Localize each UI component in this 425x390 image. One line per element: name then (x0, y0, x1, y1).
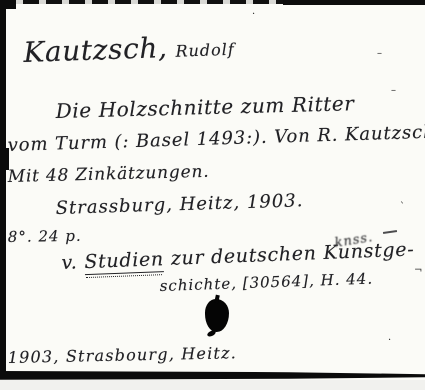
scan-left-edge-notch (0, 0, 16, 9)
author-heading: Kautzsch,Rudolf (23, 29, 235, 69)
index-card: Kautzsch,Rudolf Die Holzschnitte zum Rit… (0, 0, 425, 380)
pencil-dash-mark (383, 230, 397, 234)
title-line-1: Die Holzschnitte zum Ritter (55, 91, 354, 123)
title-line-2: vom Turm (: Basel 1493:). Von R. Kautzsc… (7, 121, 425, 156)
scan-speck: ` (400, 203, 405, 213)
scan-speck: · (388, 336, 391, 346)
catalog-card-scan: Kautzsch,Rudolf Die Holzschnitte zum Rit… (0, 0, 425, 390)
author-forename: Rudolf (175, 40, 235, 61)
author-surname: Kautzsch, (23, 31, 168, 69)
scan-speck: – (391, 86, 396, 96)
scan-speck: · (252, 10, 255, 20)
imprint-line: Strassburg, Heitz, 1903. (55, 190, 303, 219)
scan-speck: ¬ (414, 266, 422, 276)
scan-left-edge-notch (0, 148, 9, 170)
illustrations-note: Mit 48 Zinkätzungen. (7, 162, 209, 187)
scan-top-edge-solid (283, 0, 425, 5)
scan-left-edge (0, 0, 6, 375)
series-rest: zur deutschen Kunstge- (170, 238, 414, 269)
punch-hole (205, 299, 229, 332)
series-underlined-word: Studien (84, 248, 164, 275)
scan-speck: – (377, 49, 382, 59)
footer-note: 1903, Strasbourg, Heitz. (8, 343, 238, 367)
collation-line: 8°. 24 p. (8, 227, 82, 246)
series-line-2: schichte, [30564], H. 44. (159, 270, 373, 295)
scan-background-below-card (0, 380, 425, 390)
series-prefix: v. (61, 251, 78, 274)
